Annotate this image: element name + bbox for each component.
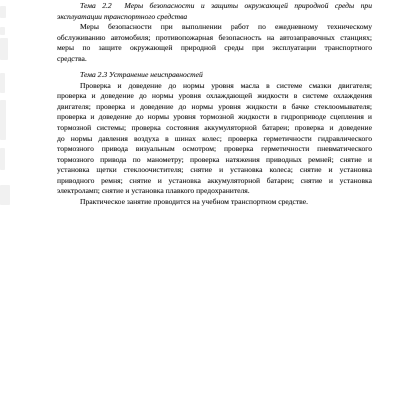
text-line: средства. xyxy=(57,54,372,65)
paragraph-safety-measures: Меры безопасности при выполнении работ п… xyxy=(57,22,372,64)
text-line: тормозного привода по манометру; проверк… xyxy=(57,155,372,166)
text-line: установка щетки стеклоочистителя; снятие… xyxy=(57,165,372,176)
text-line: Проверка и доведение до нормы уровня мас… xyxy=(57,81,372,92)
heading-topic-2-3: Тема 2.3 Устранение неисправностей xyxy=(57,70,372,81)
text-line: меры по защите окружающей природной сред… xyxy=(57,43,372,54)
text-line: до нормы давления воздуха в шинах колес;… xyxy=(57,134,372,145)
text-line: тормозного привода визуальным осмотром; … xyxy=(57,144,372,155)
scan-artifact xyxy=(0,185,10,205)
text-block: Тема 2.2 Меры безопасности и защиты окру… xyxy=(57,1,372,207)
text-line: проверка и доведение до нормы уровня тор… xyxy=(57,112,372,123)
scan-artifact xyxy=(0,38,8,60)
text-line: проверка и доведение до нормы уровня охл… xyxy=(57,91,372,102)
text-line: Тема 2.2 Меры безопасности и защиты окру… xyxy=(57,1,372,12)
text-line: эксплуатации транспортного средства xyxy=(57,12,372,23)
scan-artifact xyxy=(0,148,5,170)
scan-artifact xyxy=(0,27,5,35)
document-page: Тема 2.2 Меры безопасности и защиты окру… xyxy=(0,0,400,400)
text-line: обслуживанию автомобиля; противопожарная… xyxy=(57,33,372,44)
scan-artifact xyxy=(0,100,6,140)
text-line: двигателя; проверка и доведение до нормы… xyxy=(57,102,372,113)
text-line: Меры безопасности при выполнении работ п… xyxy=(57,22,372,33)
scan-artifact xyxy=(0,73,5,93)
text-line: тормозной системы; проверка состояния ак… xyxy=(57,123,372,134)
heading-topic-2-2: Тема 2.2 Меры безопасности и защиты окру… xyxy=(57,1,372,22)
text-line: приводного ремня; снятие и установка акк… xyxy=(57,176,372,187)
paragraph-troubleshooting: Проверка и доведение до нормы уровня мас… xyxy=(57,81,372,197)
scan-artifact xyxy=(0,6,6,18)
text-line: электроламп; снятие и установка плавкого… xyxy=(57,186,372,197)
text-line: Практическое занятие проводится на учебн… xyxy=(57,197,372,208)
text-line: Тема 2.3 Устранение неисправностей xyxy=(57,70,372,81)
paragraph-practical-lesson: Практическое занятие проводится на учебн… xyxy=(57,197,372,208)
